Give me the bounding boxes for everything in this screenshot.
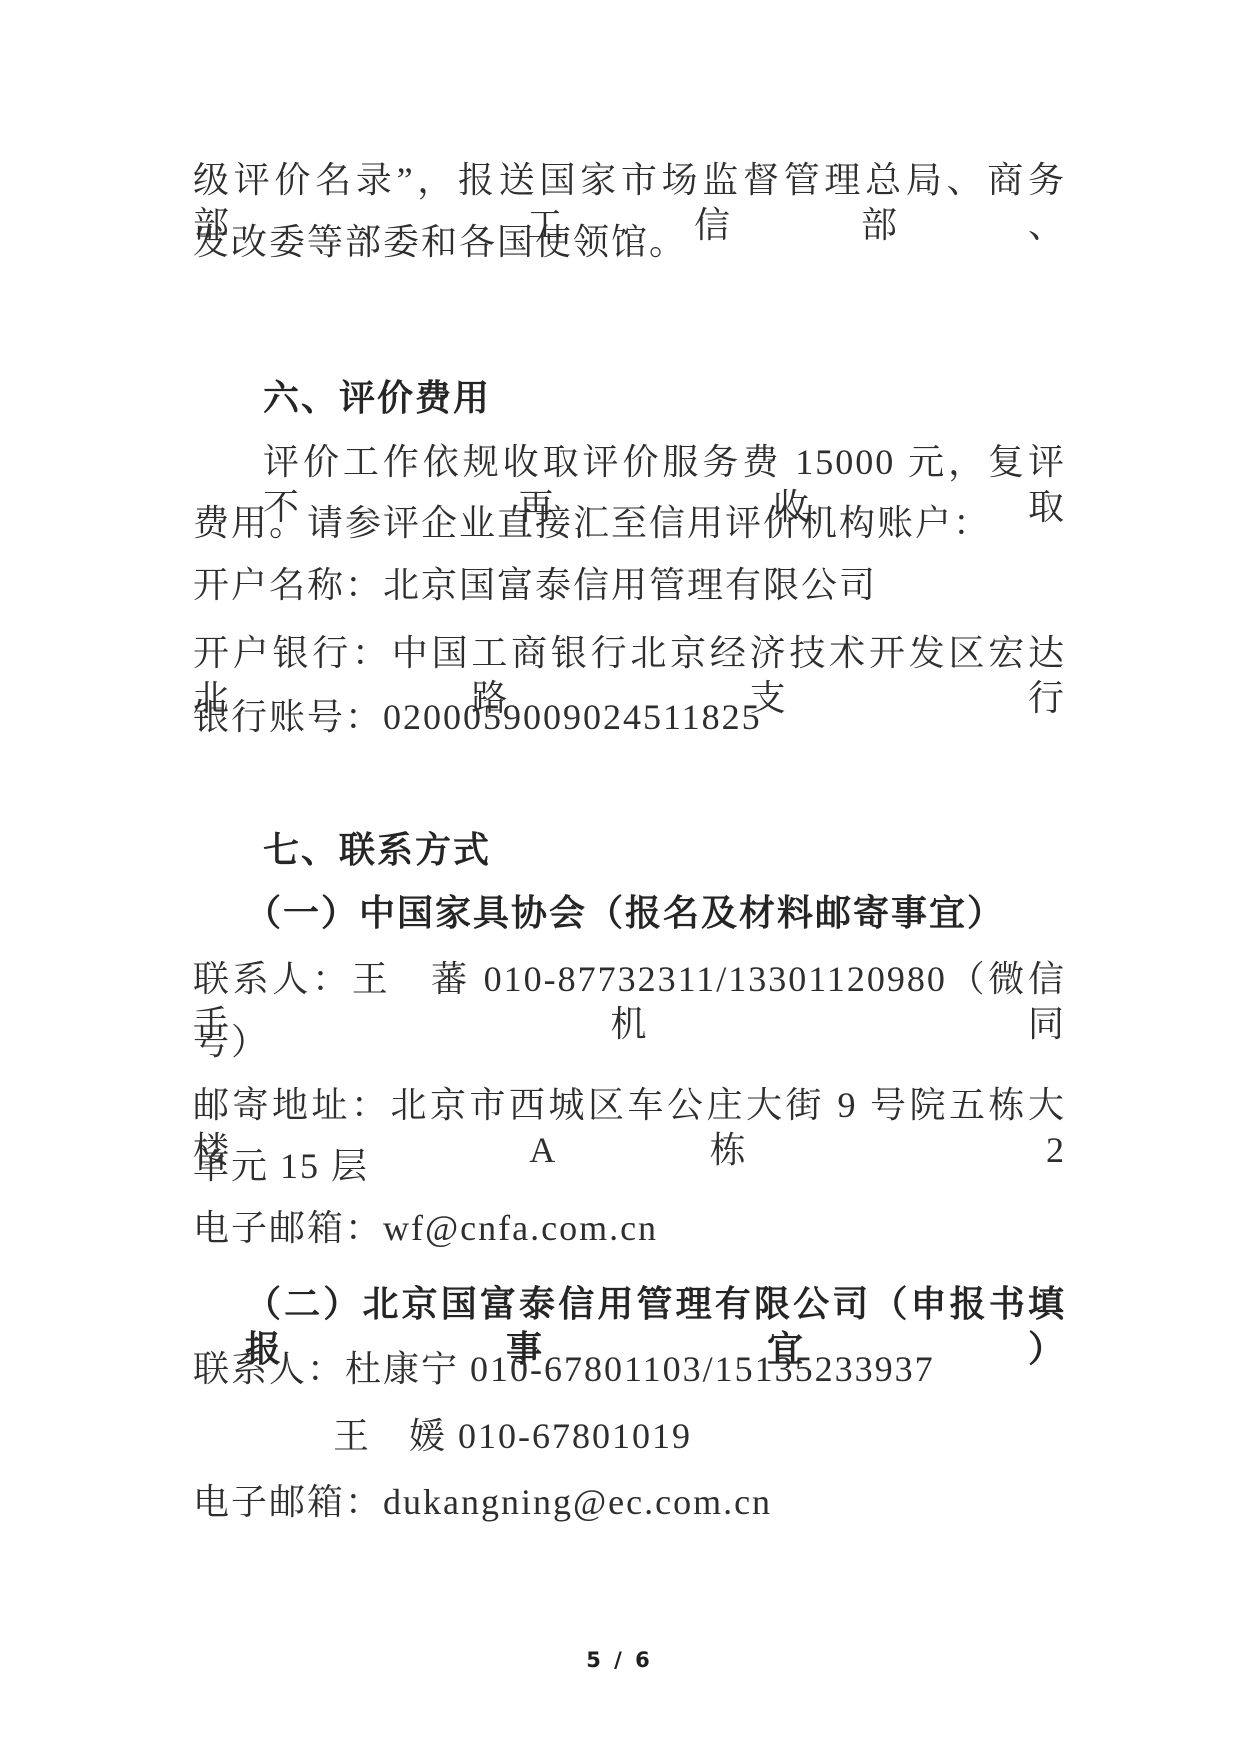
org1-email: 电子邮箱：wf@cnfa.com.cn [193,1206,1073,1251]
org1-address-line-2: 单元 15 层 [193,1144,1073,1189]
intro-line-2: 发改委等部委和各国使领馆。 [193,220,1073,265]
fees-section-heading: 六、评价费用 [263,376,1143,421]
fees-paragraph-line-2: 费用。请参评企业直接汇至信用评价机构账户： [193,501,1073,546]
page-number: 5 / 6 [0,1648,1239,1672]
contacts-section-heading: 七、联系方式 [263,828,1143,873]
bank-account-name: 开户名称：北京国富泰信用管理有限公司 [193,563,1073,608]
bank-account-number: 银行账号：0200059009024511825 [193,695,1073,740]
org2-email: 电子邮箱：dukangning@ec.com.cn [193,1480,1073,1525]
org2-contact-line-2: 王 媛 010-67801019 [333,1414,1213,1459]
document-page: 级评价名录”，报送国家市场监督管理总局、商务部、工信部、 发改委等部委和各国使领… [0,0,1239,1752]
org1-contact-line-2: 号） [193,1020,1073,1065]
org2-contact-line-1: 联系人：杜康宁 010-67801103/15135233937 [193,1347,1073,1392]
org1-heading: （一）中国家具协会（报名及材料邮寄事宜） [245,891,1125,936]
